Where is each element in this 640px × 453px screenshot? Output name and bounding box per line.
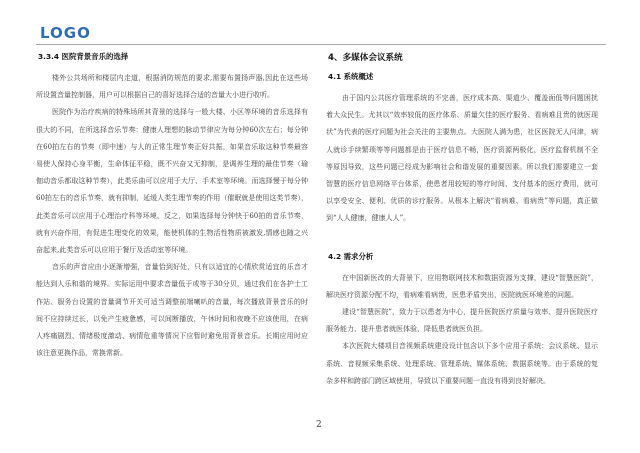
paragraph: 医院作为治疗疾病的特殊场所其背景的选择与一般大楼、小区等环境的音乐选择有很大的不…	[36, 104, 308, 259]
section-heading-4-2: 4.2 需求分析	[328, 252, 598, 262]
paragraph: 在中国新医改的大背景下，应用物联网技术和数据资源为支撑，建设“智慧医院”，解决医…	[326, 270, 598, 304]
chapter-heading-4: 4、多媒体会议系统	[328, 52, 598, 64]
right-column: 4、多媒体会议系统 4.1 系统概述 由于国内公共医疗管理系统的不完善，医疗成本…	[326, 52, 598, 390]
section-heading-4-1: 4.1 系统概述	[328, 72, 598, 82]
paragraph: 由于国内公共医疗管理系统的不完善，医疗成本高、渠道少、覆盖面低等问题困扰着大众民…	[326, 90, 598, 228]
paragraph: 楼外公共场所和楼层内走道，根据消防规范的要求,需要布置扬声器,因此在这些场所设置…	[36, 70, 308, 104]
paragraph: 建设“智慧医院”，致力于以患者为中心，提升医院医疗质量与效率、提升医院医疗服务能…	[326, 304, 598, 338]
header-divider	[36, 44, 606, 45]
paragraph: 本次医院大楼项目音视频系统建设设计包含以下多个应用子系统：会议系统、显示系统、音…	[326, 338, 598, 390]
section-heading-3-3-4: 3.3.4 医院背景音乐的选择	[38, 52, 308, 62]
left-column: 3.3.4 医院背景音乐的选择 楼外公共场所和楼层内走道，根据消防规范的要求,需…	[36, 52, 308, 362]
page-number: 2	[316, 420, 322, 430]
paragraph: 音乐的声音应由小逐渐增强，音量恰到好处，只有以适宜的心情欣赏适宜的乐音才能达到人…	[36, 259, 308, 362]
logo: LOGO	[40, 24, 91, 42]
